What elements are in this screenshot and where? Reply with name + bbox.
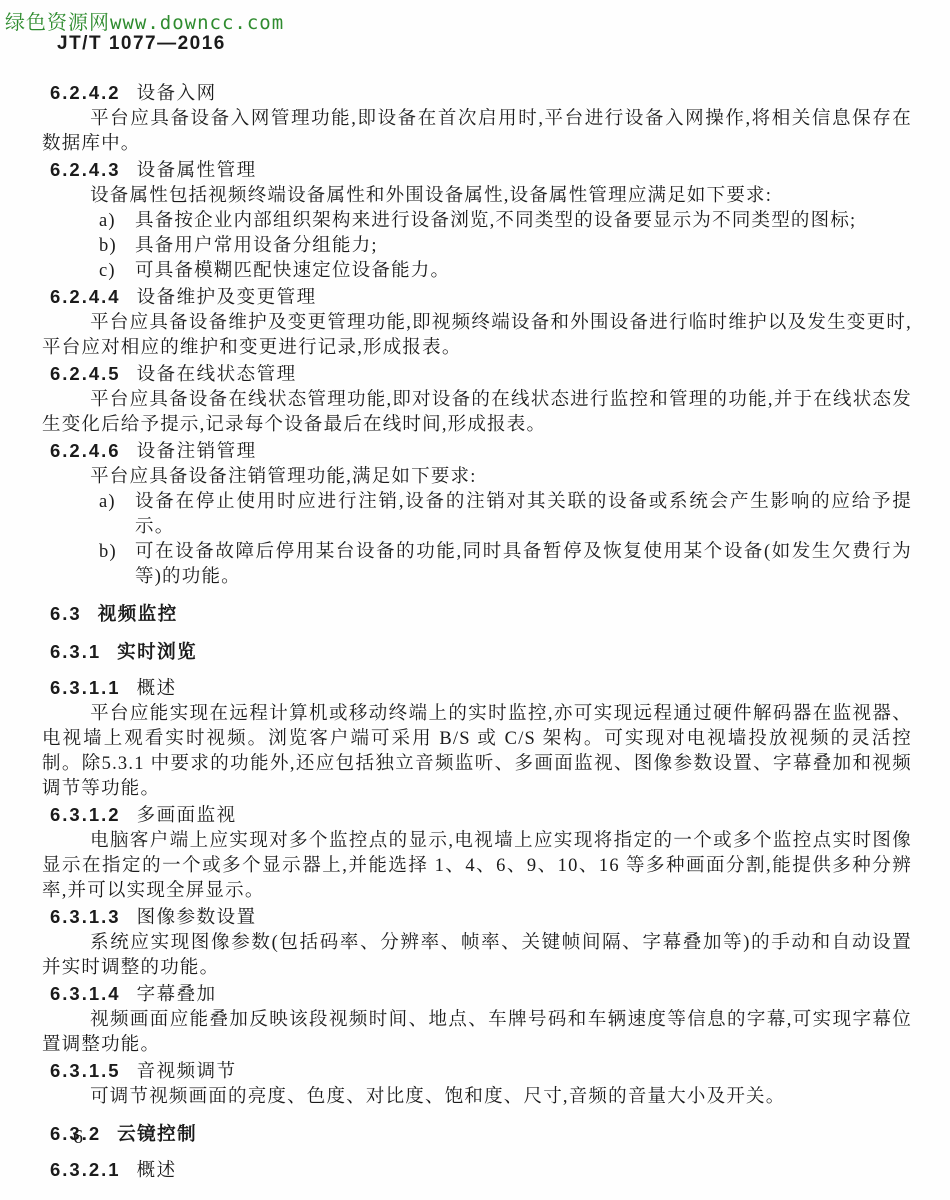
- clause-heading: 6.3.2.1概述: [42, 1157, 912, 1184]
- paragraph: 平台应具备设备在线状态管理功能,即对设备的在线状态进行监控和管理的功能,并于在线…: [42, 388, 912, 438]
- clause-heading: 6.3.1.1概述: [42, 675, 912, 702]
- paragraph: 系统应实现图像参数(包括码率、分辨率、帧率、关键帧间隔、字幕叠加等)的手动和自动…: [42, 931, 912, 981]
- clause-number: 6.3.1.2: [50, 804, 121, 825]
- clause-heading: 6.2.4.4设备维护及变更管理: [42, 284, 912, 311]
- clause-heading: 6.2.4.6设备注销管理: [42, 438, 912, 465]
- paragraph: 平台应具备设备维护及变更管理功能,即视频终端设备和外围设备进行临时维护以及发生变…: [42, 311, 912, 361]
- clause-number: 6.2.4.6: [50, 440, 121, 461]
- clause-heading: 6.3.1.4字幕叠加: [42, 981, 912, 1008]
- clause-title: 设备在线状态管理: [137, 365, 297, 385]
- paragraph: 可调节视频画面的亮度、色度、对比度、饱和度、尺寸,音频的音量大小及开关。: [42, 1085, 912, 1110]
- list-text: 可具备模糊匹配快速定位设备能力。: [135, 261, 450, 281]
- clause-heading: 6.3.1.2多画面监视: [42, 802, 912, 829]
- document-page: 绿色资源网www.downcc.com JT/T 1077—2016 6.2.4…: [0, 0, 950, 1200]
- clause-title: 云镜控制: [117, 1123, 197, 1144]
- clause-title: 设备维护及变更管理: [137, 288, 317, 308]
- clause-number: 6.2.4.4: [50, 286, 121, 307]
- clause-number: 6.3.1.4: [50, 983, 121, 1004]
- clause-title: 实时浏览: [117, 641, 197, 662]
- list-marker: b): [99, 540, 117, 565]
- list-marker: a): [99, 490, 116, 515]
- clause-title: 设备注销管理: [137, 442, 257, 462]
- clause-number: 6.3.1: [50, 641, 101, 662]
- clause-title: 多画面监视: [137, 806, 237, 826]
- paragraph: 平台应能实现在远程计算机或移动终端上的实时监控,亦可实现远程通过硬件解码器在监视…: [42, 702, 912, 802]
- clause-title: 音视频调节: [137, 1062, 237, 1082]
- clause-heading: 6.2.4.2设备入网: [42, 80, 912, 107]
- watermark: 绿色资源网www.downcc.com: [5, 6, 284, 35]
- clause-title: 概述: [137, 679, 177, 699]
- clause-heading: 6.3视频监控: [42, 601, 912, 628]
- list-text: 可在设备故障后停用某台设备的功能,同时具备暂停及恢复使用某个设备(如发生欠费行为…: [135, 542, 912, 587]
- list-item: a)具备按企业内部组织架构来进行设备浏览,不同类型的设备要显示为不同类型的图标;: [42, 209, 912, 234]
- clause-heading: 6.2.4.5设备在线状态管理: [42, 361, 912, 388]
- clause-number: 6.2.4.3: [50, 159, 121, 180]
- paragraph: 电脑客户端上应实现对多个监控点的显示,电视墙上应实现将指定的一个或多个监控点实时…: [42, 829, 912, 904]
- clause-heading: 6.3.2云镜控制: [42, 1121, 912, 1148]
- clause-number: 6.2.4.5: [50, 363, 121, 384]
- clause-heading: 6.3.1.3图像参数设置: [42, 904, 912, 931]
- clause-number: 6.3.2.1: [50, 1159, 121, 1180]
- paragraph: 视频画面应能叠加反映该段视频时间、地点、车牌号码和车辆速度等信息的字幕,可实现字…: [42, 1008, 912, 1058]
- list-text: 具备用户常用设备分组能力;: [135, 236, 378, 256]
- paragraph: 平台应具备设备入网管理功能,即设备在首次启用时,平台进行设备入网操作,将相关信息…: [42, 107, 912, 157]
- list-item: c)可具备模糊匹配快速定位设备能力。: [42, 259, 912, 284]
- clause-number: 6.3.1.1: [50, 677, 121, 698]
- list-item: b)具备用户常用设备分组能力;: [42, 234, 912, 259]
- clause-number: 6.3: [50, 603, 82, 624]
- clause-number: 6.3.1.5: [50, 1060, 121, 1081]
- clause-heading: 6.2.4.3设备属性管理: [42, 157, 912, 184]
- clause-title: 字幕叠加: [137, 985, 217, 1005]
- clause-title: 视频监控: [98, 603, 178, 624]
- list-text: 具备按企业内部组织架构来进行设备浏览,不同类型的设备要显示为不同类型的图标;: [135, 211, 856, 231]
- list-marker: c): [99, 259, 116, 284]
- document-body: 6.2.4.2设备入网平台应具备设备入网管理功能,即设备在首次启用时,平台进行设…: [42, 80, 912, 1184]
- doc-number: JT/T 1077—2016: [57, 33, 226, 55]
- clause-title: 图像参数设置: [137, 908, 257, 928]
- list-marker: b): [99, 234, 117, 259]
- page-number: 6: [73, 1126, 83, 1149]
- list-marker: a): [99, 209, 116, 234]
- clause-number: 6.2.4.2: [50, 82, 121, 103]
- list-item: b)可在设备故障后停用某台设备的功能,同时具备暂停及恢复使用某个设备(如发生欠费…: [42, 540, 912, 590]
- paragraph: 设备属性包括视频终端设备属性和外围设备属性,设备属性管理应满足如下要求:: [42, 184, 912, 209]
- watermark-site-url: www.downcc.com: [110, 12, 284, 34]
- clause-heading: 6.3.1实时浏览: [42, 639, 912, 666]
- list-item: a)设备在停止使用时应进行注销,设备的注销对其关联的设备或系统会产生影响的应给予…: [42, 490, 912, 540]
- watermark-site-name: 绿色资源网: [5, 12, 110, 34]
- clause-title: 概述: [137, 1161, 177, 1181]
- clause-number: 6.3.1.3: [50, 906, 121, 927]
- paragraph: 平台应具备设备注销管理功能,满足如下要求:: [42, 465, 912, 490]
- clause-title: 设备入网: [137, 84, 217, 104]
- clause-title: 设备属性管理: [137, 161, 257, 181]
- clause-heading: 6.3.1.5音视频调节: [42, 1058, 912, 1085]
- list-text: 设备在停止使用时应进行注销,设备的注销对其关联的设备或系统会产生影响的应给予提示…: [135, 492, 912, 537]
